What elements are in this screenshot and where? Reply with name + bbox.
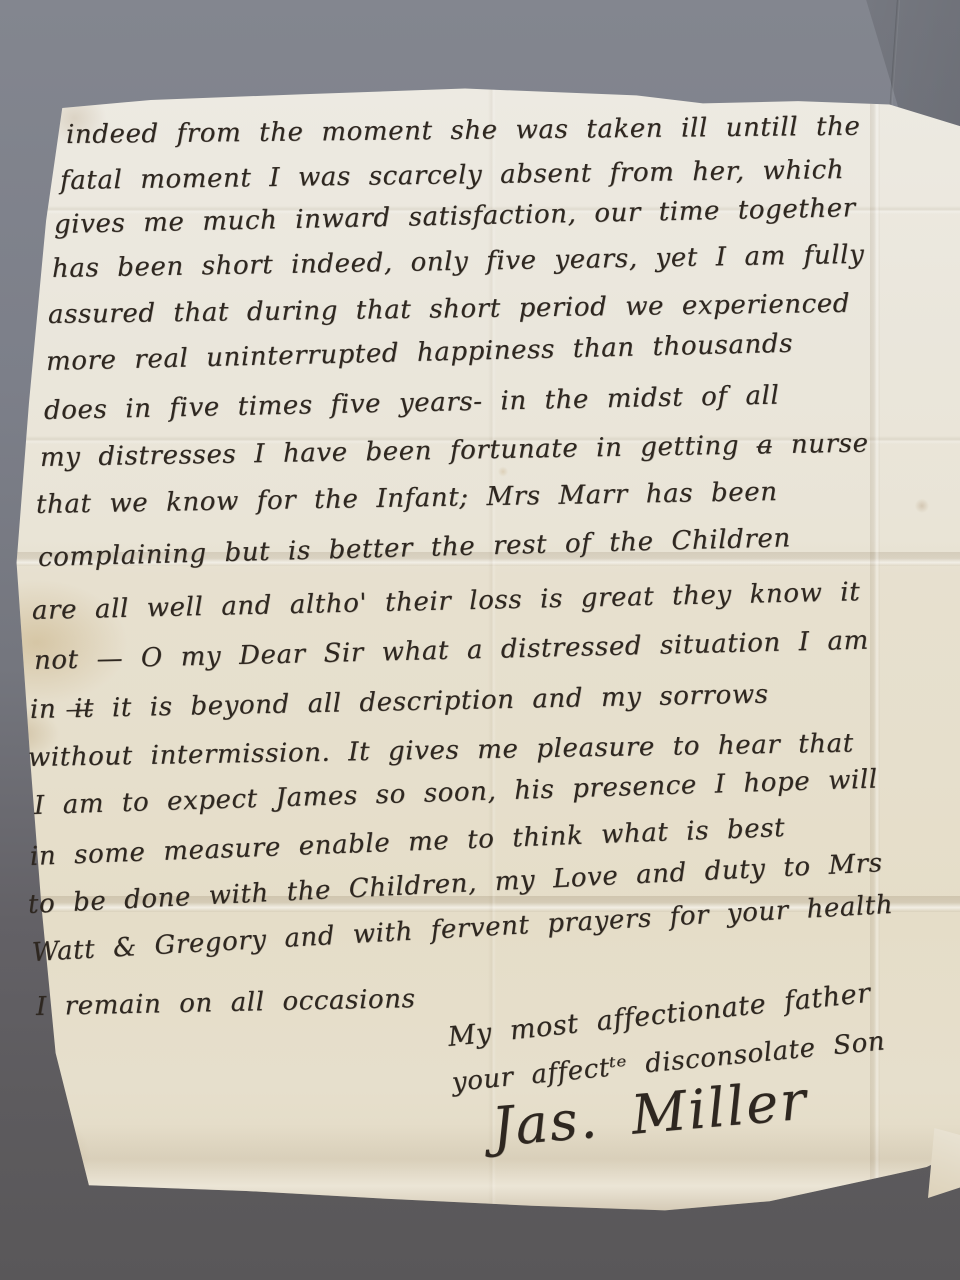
paper-bottom-curl-shading (8, 1124, 960, 1224)
photograph-of-letter: indeed from the moment she was taken ill… (0, 0, 960, 1280)
